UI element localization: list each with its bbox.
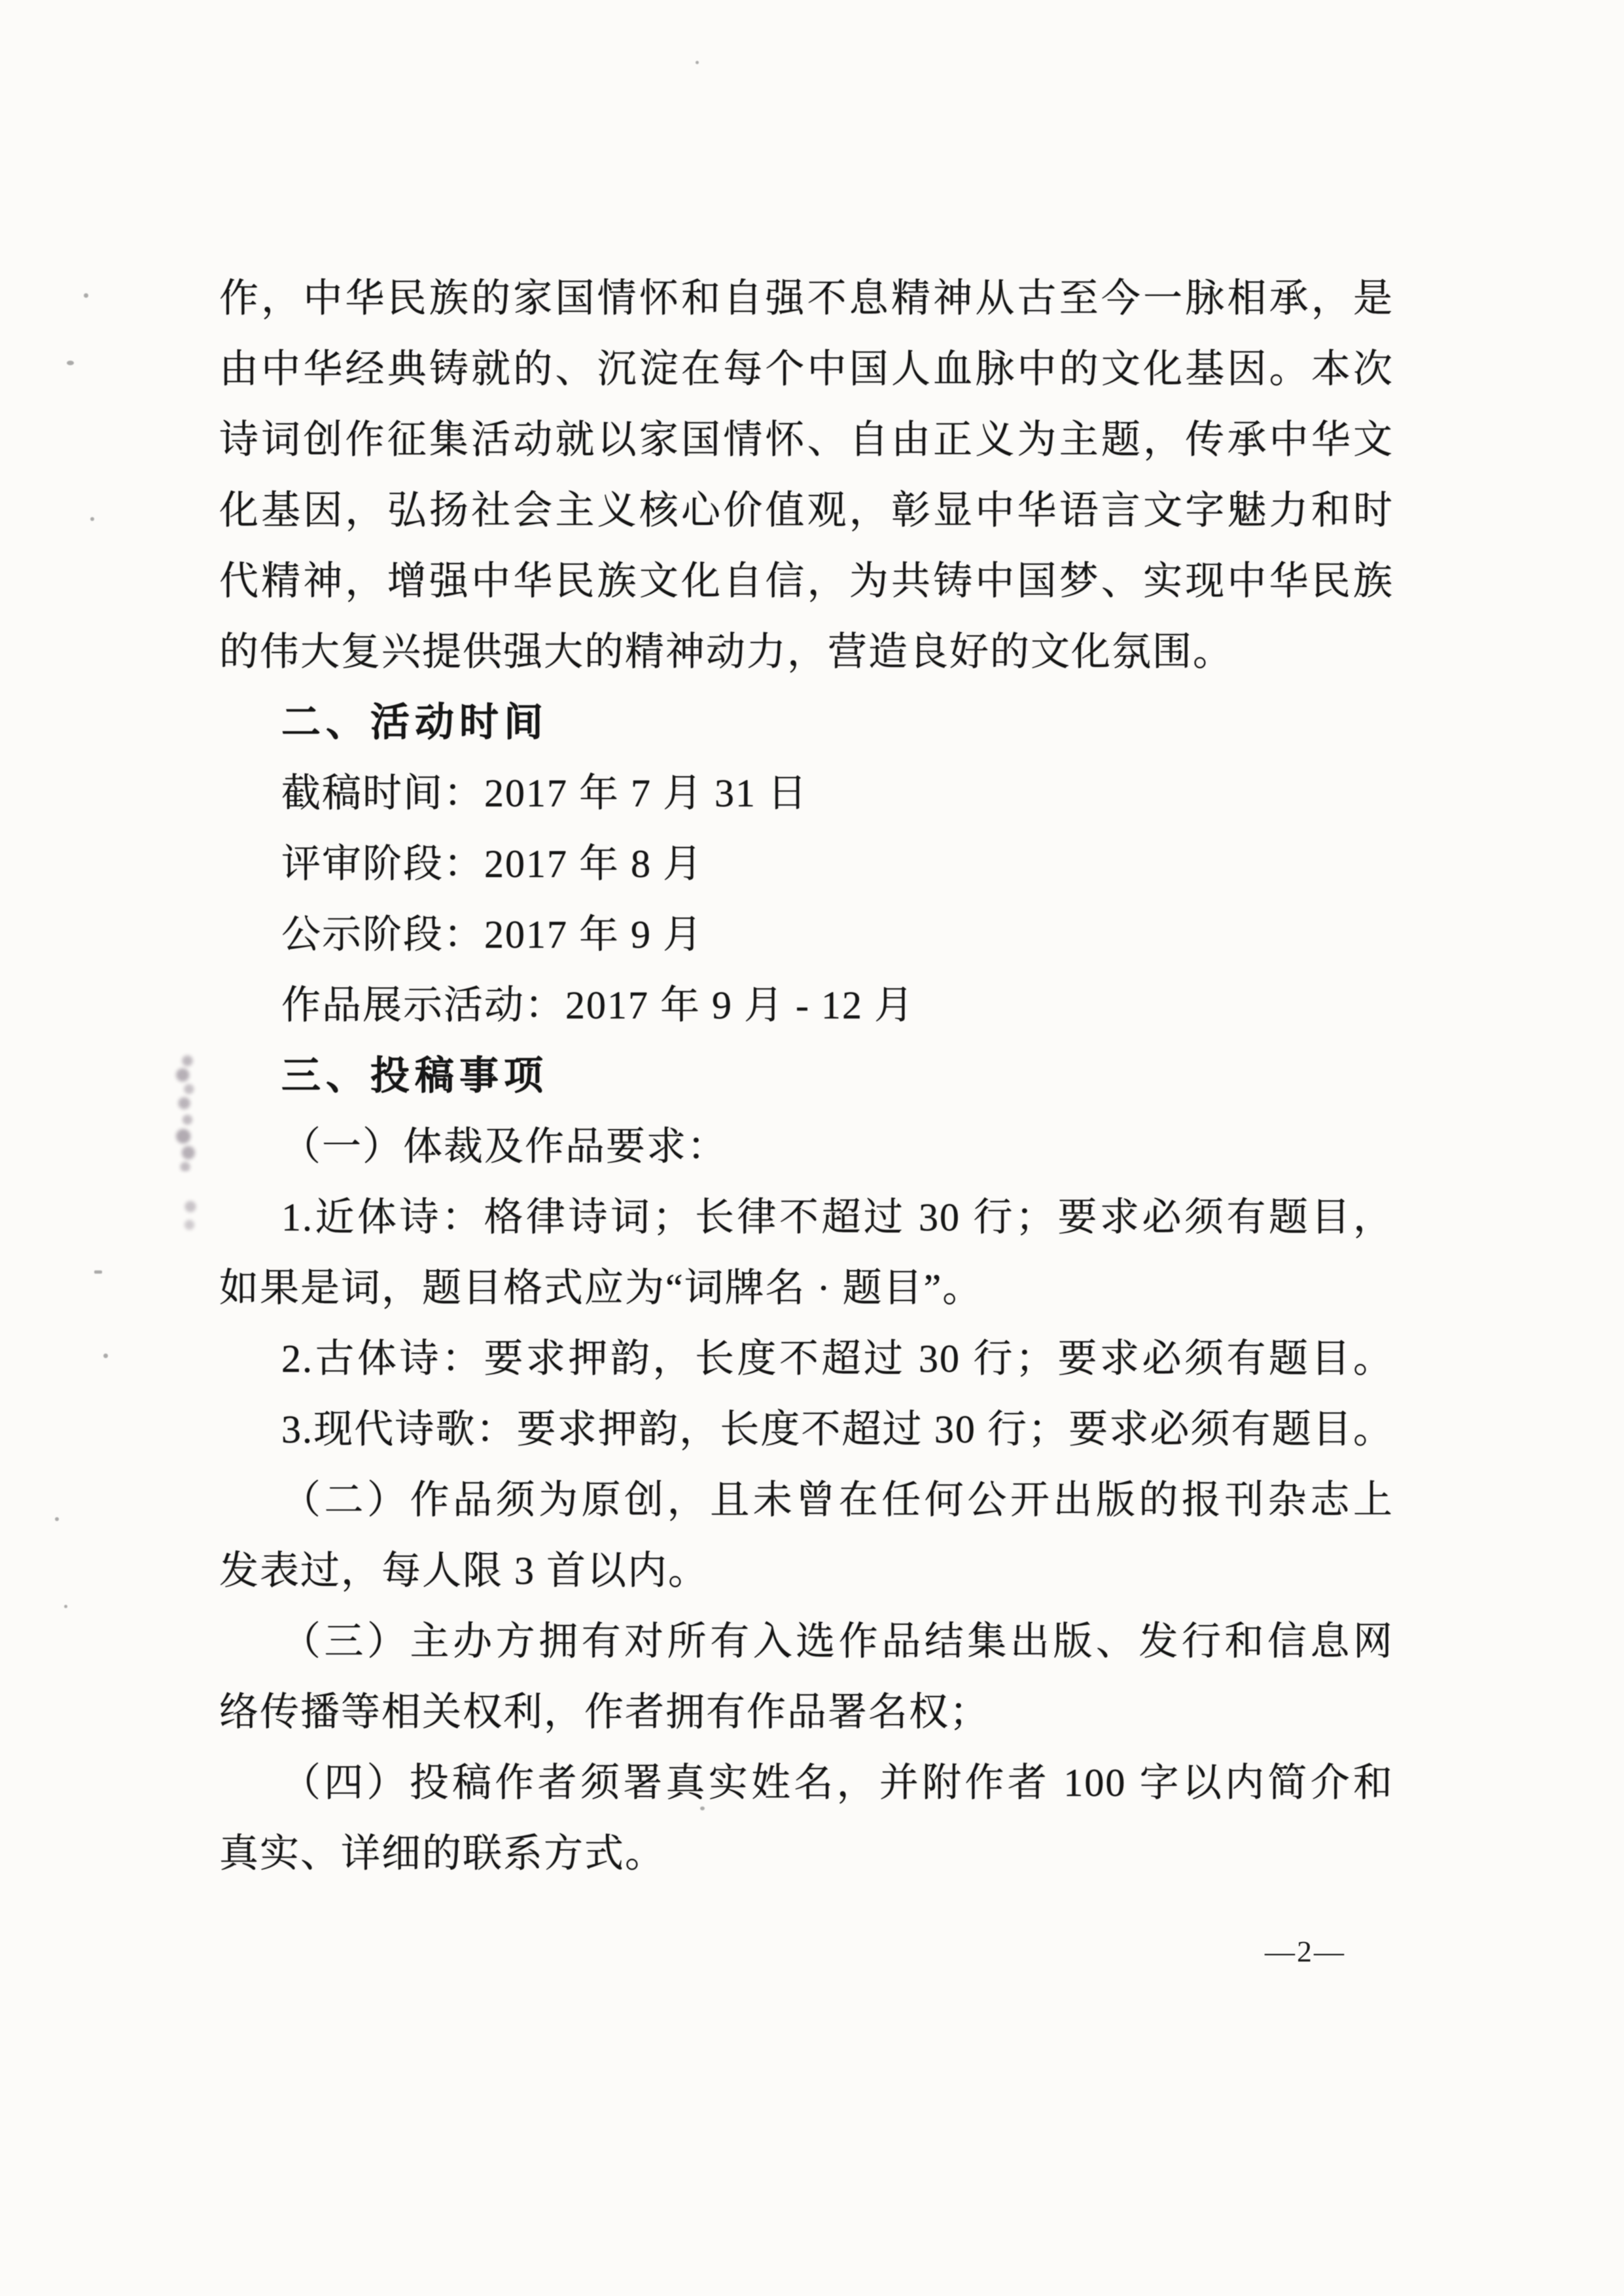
- scan-speck: [700, 1806, 705, 1810]
- scan-speck: [55, 1517, 59, 1521]
- section-heading-submission: 三、投稿事项: [219, 1041, 1394, 1111]
- schedule-review-line: 评审阶段：2017 年 8 月: [219, 829, 1394, 899]
- intro-paragraph-line-2: 由中华经典铸就的、沉淀在每个中国人血脉中的文化基因。本次: [219, 334, 1394, 404]
- intro-paragraph-line-3: 诗词创作征集活动就以家国情怀、自由正义为主题，传承中华文: [219, 404, 1394, 475]
- section-heading-activity-time: 二、活动时间: [219, 687, 1394, 758]
- margin-ink-smudge-artifact: [170, 1054, 202, 1172]
- scan-speck: [64, 1605, 67, 1608]
- rights-clause-line-2: 络传播等相关权利，作者拥有作品署名权；: [219, 1677, 1394, 1748]
- rights-clause-line-1: （三）主办方拥有对所有入选作品结集出版、发行和信息网: [219, 1606, 1394, 1677]
- scan-speck: [696, 61, 699, 64]
- document-text-block: 作，中华民族的家国情怀和自强不息精神从古至今一脉相承，是 由中华经典铸就的、沉淀…: [219, 263, 1394, 1889]
- scanned-document-page: 作，中华民族的家国情怀和自强不息精神从古至今一脉相承，是 由中华经典铸就的、沉淀…: [0, 0, 1624, 2296]
- page-number: —2—: [1265, 1934, 1346, 1969]
- intro-paragraph-line-5: 代精神，增强中华民族文化自信，为共铸中国梦、实现中华民族: [219, 546, 1394, 617]
- scan-speck: [67, 361, 74, 365]
- intro-paragraph-line-6: 的伟大复兴提供强大的精神动力，营造良好的文化氛围。: [219, 617, 1394, 687]
- schedule-deadline-line: 截稿时间：2017 年 7 月 31 日: [219, 758, 1394, 829]
- genre-modern-poetry-line: 3.现代诗歌：要求押韵，长度不超过 30 行；要求必须有题目。: [219, 1394, 1394, 1465]
- genre-gutishi-line: 2.古体诗：要求押韵，长度不超过 30 行；要求必须有题目。: [219, 1323, 1394, 1394]
- margin-ink-smudge-artifact-2: [181, 1196, 200, 1237]
- genre-jintishi-line-1: 1.近体诗：格律诗词；长律不超过 30 行；要求必须有题目，: [219, 1182, 1394, 1253]
- genre-requirements-heading-line: （一）体裁及作品要求：: [219, 1111, 1394, 1182]
- schedule-publicity-line: 公示阶段：2017 年 9 月: [219, 899, 1394, 970]
- author-info-clause-line-2: 真实、详细的联系方式。: [219, 1818, 1394, 1889]
- scan-speck: [103, 1354, 108, 1358]
- author-info-clause-line-1: （四）投稿作者须署真实姓名，并附作者 100 字以内简介和: [219, 1748, 1394, 1818]
- scan-speck: [94, 1270, 102, 1274]
- genre-jintishi-line-2: 如果是词，题目格式应为“词牌名 · 题目”。: [219, 1253, 1394, 1323]
- originality-clause-line-2: 发表过，每人限 3 首以内。: [219, 1535, 1394, 1606]
- originality-clause-line-1: （二）作品须为原创，且未曾在任何公开出版的报刊杂志上: [219, 1465, 1394, 1535]
- scan-speck: [90, 517, 94, 521]
- intro-paragraph-line-1: 作，中华民族的家国情怀和自强不息精神从古至今一脉相承，是: [219, 263, 1394, 334]
- scan-speck: [84, 293, 88, 298]
- schedule-exhibition-line: 作品展示活动：2017 年 9 月 - 12 月: [219, 970, 1394, 1041]
- intro-paragraph-line-4: 化基因，弘扬社会主义核心价值观，彰显中华语言文字魅力和时: [219, 475, 1394, 546]
